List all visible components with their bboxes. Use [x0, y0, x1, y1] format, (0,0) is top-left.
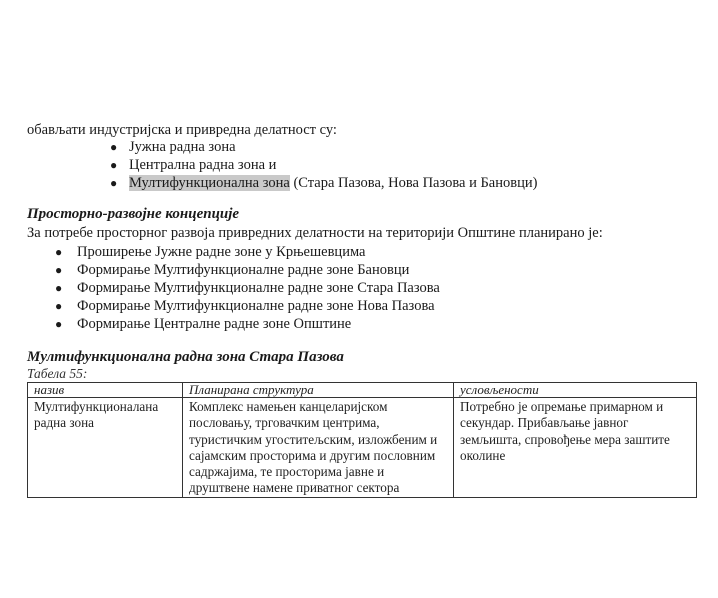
bullet-icon: ●	[110, 158, 117, 173]
header-structure: Планирана структура	[183, 383, 454, 398]
concept-item: Формирање Мултифункционалне радне зоне Н…	[77, 297, 435, 315]
bullet-icon: ●	[55, 263, 62, 278]
table-caption: Табела 55:	[27, 366, 87, 382]
table-heading: Мултифункционална радна зона Стара Пазов…	[27, 349, 344, 366]
section-intro: За потребе просторног развоја привредних…	[27, 224, 603, 242]
table-row: Мултифункционалана радна зона Комплекс н…	[28, 398, 697, 498]
zone-item: Мултифункционална зона (Стара Пазова, Но…	[129, 174, 537, 192]
header-conditions: условљености	[454, 383, 697, 398]
bullet-icon: ●	[55, 317, 62, 332]
bullet-icon: ●	[55, 299, 62, 314]
bullet-icon: ●	[55, 281, 62, 296]
cell-conditions: Потребно је опремање примарном и секунда…	[454, 398, 697, 498]
table-header-row: назив Планирана структура условљености	[28, 383, 697, 398]
section-heading: Просторно-развојне концепције	[27, 206, 239, 223]
concept-item: Формирање Централне радне зоне Општине	[77, 315, 351, 333]
concept-item: Формирање Мултифункционалне радне зоне Б…	[77, 261, 409, 279]
concept-item: Проширење Јужне радне зоне у Крњешевцима	[77, 243, 365, 261]
zone-item: Јужна радна зона	[129, 138, 236, 156]
zone-table: назив Планирана структура условљености М…	[27, 382, 697, 498]
intro-line: обављати индустријска и привредна делатн…	[27, 121, 337, 139]
zone-item-suffix: (Стара Пазова, Нова Пазова и Бановци)	[290, 175, 538, 191]
cell-structure: Комплекс намењен канцеларијском пословањ…	[183, 398, 454, 498]
zone-item: Централна радна зона и	[129, 156, 276, 174]
highlighted-text[interactable]: Мултифункционална зона	[129, 175, 290, 191]
concept-item: Формирање Мултифункционалне радне зоне С…	[77, 279, 440, 297]
bullet-icon: ●	[110, 176, 117, 191]
cell-name: Мултифункционалана радна зона	[28, 398, 183, 498]
bullet-icon: ●	[55, 245, 62, 260]
header-name: назив	[28, 383, 183, 398]
bullet-icon: ●	[110, 140, 117, 155]
